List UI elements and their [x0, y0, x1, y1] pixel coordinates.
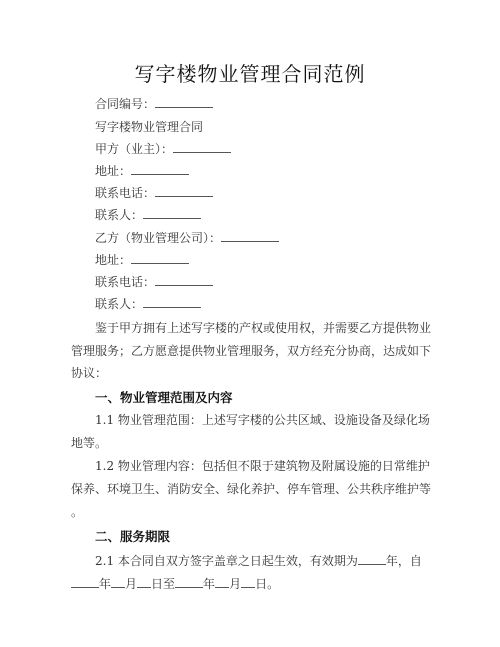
- section-heading-2: 二、服务期限: [95, 529, 451, 545]
- clause-text: 2.1 本合同自双方签字盖章之日起生效，有效期为: [95, 554, 358, 568]
- clause-text: 年，自: [386, 554, 422, 568]
- field-party-b-contact: 联系人：: [95, 296, 201, 312]
- blank-line: [143, 296, 201, 308]
- field-label: 地址：: [95, 253, 131, 267]
- blank-line: [221, 230, 279, 242]
- date-unit: 月: [125, 577, 137, 591]
- clause-2-1-dates: 年月日至年月日。: [71, 576, 427, 592]
- field-label: 写字楼物业管理合同: [95, 120, 203, 134]
- blank-line: [71, 576, 99, 588]
- document-title: 写字楼物业管理合同范例: [0, 58, 500, 87]
- field-label: 联系人：: [95, 297, 143, 311]
- field-contract-number: 合同编号：: [95, 96, 213, 112]
- blank-line: [143, 207, 201, 219]
- field-party-a-contact: 联系人：: [95, 207, 201, 223]
- blank-line: [241, 576, 255, 588]
- blank-line: [131, 163, 189, 175]
- field-label: 乙方（物业管理公司）：: [95, 231, 221, 245]
- preamble-line: 管理服务；乙方愿意提供物业管理服务，双方经充分协商，达成如下: [71, 343, 427, 359]
- section-heading-1: 一、物业管理范围及内容: [95, 390, 451, 406]
- field-party-a: 甲方（业主）：: [95, 141, 231, 157]
- field-party-b-address: 地址：: [95, 252, 189, 268]
- field-party-a-phone: 联系电话：: [95, 185, 213, 201]
- field-label: 联系电话：: [95, 275, 155, 289]
- date-unit: 月: [229, 577, 241, 591]
- blank-line: [137, 576, 151, 588]
- date-unit: 年: [99, 577, 111, 591]
- blank-line: [155, 274, 213, 286]
- field-label: 甲方（业主）：: [95, 142, 173, 156]
- clause-1-1: 1.1 物业管理范围：上述写字楼的公共区域、设施设备及绿化场: [95, 412, 451, 428]
- field-party-b: 乙方（物业管理公司）：: [95, 230, 279, 246]
- date-unit: 日。: [255, 577, 279, 591]
- blank-line: [155, 96, 213, 108]
- clause-1-2: 1.2 物业管理内容：包括但不限于建筑物及附属设施的日常维护: [95, 458, 451, 474]
- blank-line: [131, 252, 189, 264]
- field-label: 合同编号：: [95, 97, 155, 111]
- clause-1-2-end: 。: [71, 504, 427, 520]
- field-label: 联系人：: [95, 208, 143, 222]
- blank-line: [175, 576, 203, 588]
- field-party-b-phone: 联系电话：: [95, 274, 213, 290]
- clause-1-2-cont: 保养、环境卫生、消防安全、绿化养护、停车管理、公共秩序维护等: [71, 481, 427, 497]
- field-party-a-address: 地址：: [95, 163, 189, 179]
- field-label: 地址：: [95, 164, 131, 178]
- preamble-line: 鉴于甲方拥有上述写字楼的产权或使用权，并需要乙方提供物业: [95, 320, 451, 336]
- date-unit: 日至: [151, 577, 175, 591]
- blank-line: [215, 576, 229, 588]
- blank-line: [173, 141, 231, 153]
- blank-line: [155, 185, 213, 197]
- clause-2-1: 2.1 本合同自双方签字盖章之日起生效，有效期为年，自: [95, 553, 451, 569]
- clause-1-1-cont: 地等。: [71, 435, 427, 451]
- preamble-line: 协议：: [71, 365, 427, 381]
- contract-name: 写字楼物业管理合同: [95, 119, 203, 135]
- blank-line: [111, 576, 125, 588]
- blank-line: [358, 553, 386, 565]
- date-unit: 年: [203, 577, 215, 591]
- field-label: 联系电话：: [95, 186, 155, 200]
